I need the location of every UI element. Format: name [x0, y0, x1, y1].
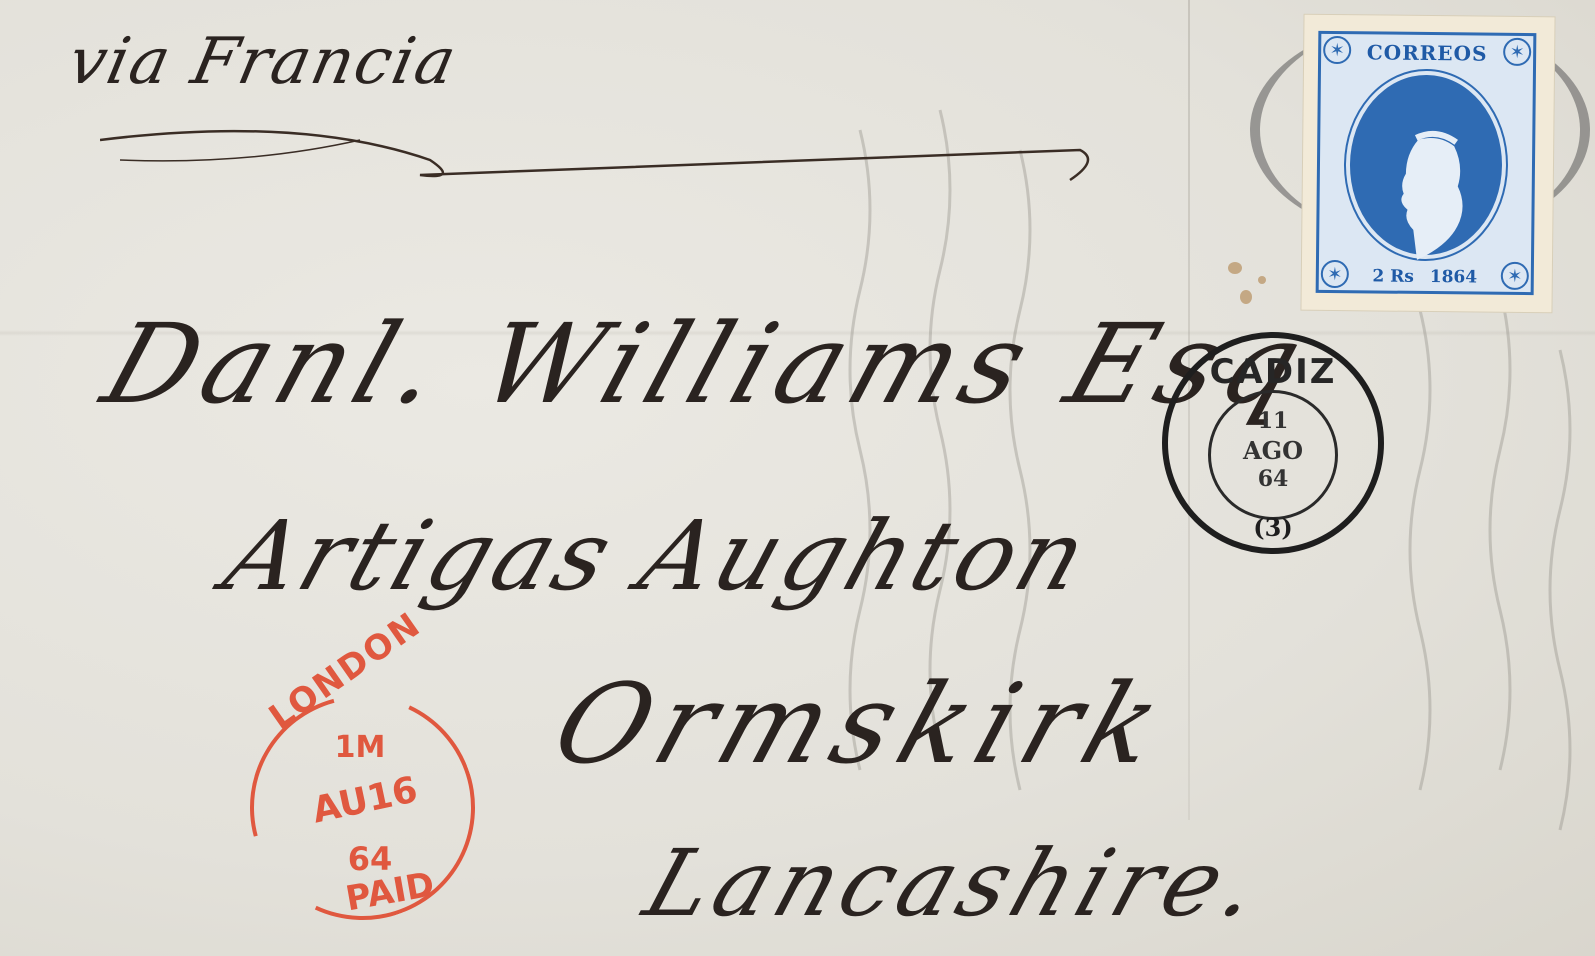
postmark-year: 64: [1168, 466, 1378, 492]
postmark-day: 11: [1168, 408, 1378, 434]
routing-instruction: via Francia: [62, 25, 464, 99]
address-town: Ormskirk: [539, 660, 1185, 788]
paper-stain: [1258, 276, 1266, 284]
stamp-inscription: CORREOS: [1321, 40, 1533, 66]
paper-stain: [1240, 290, 1252, 304]
stamp-denomination: 2 Rs 1864: [1319, 266, 1531, 288]
cadiz-postmark: CADIZ 11 AGO 64 (3): [1162, 332, 1384, 554]
underline-flourish: [100, 120, 1100, 200]
recipient-name: Danl. Williams Esq: [89, 300, 1325, 428]
postmark-town: CADIZ: [1168, 352, 1378, 392]
postmark-office-number: (3): [1168, 513, 1378, 542]
postal-cover: via Francia Danl. Williams Esq Artigas A…: [0, 0, 1595, 956]
address-county: Lancashire.: [633, 830, 1279, 937]
stamp-frame: ✶ ✶ ✶ ✶ CORREOS 2 Rs 1864: [1316, 31, 1537, 295]
postage-stamp: ✶ ✶ ✶ ✶ CORREOS 2 Rs 1864: [1301, 15, 1554, 313]
address-line: Artigas Aughton: [212, 500, 1104, 612]
queen-portrait-icon: [1387, 130, 1468, 261]
london-postmark-time: 1M: [330, 730, 390, 765]
paper-stain: [1228, 262, 1242, 274]
stamp-portrait-oval: [1349, 74, 1503, 256]
postmark-month: AGO: [1168, 436, 1378, 465]
